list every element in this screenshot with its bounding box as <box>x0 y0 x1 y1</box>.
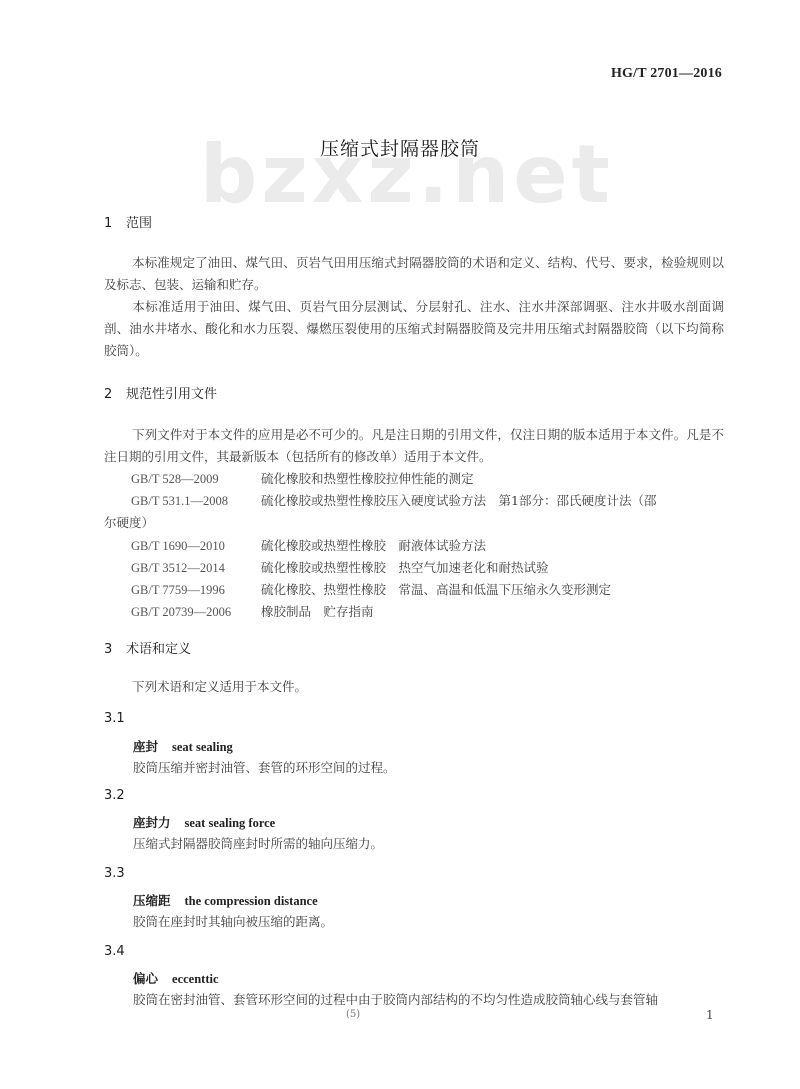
reference-title: 硫化橡胶或热塑性橡胶 热空气加速老化和耐热试验 <box>261 560 549 575</box>
term-name: 座封力seat sealing force <box>133 813 275 831</box>
reference-title: 硫化橡胶或热塑性橡胶压入硬度试验方法 第1部分：邵氏硬度计法（邵 <box>261 493 656 508</box>
reference-code: GB/T 7759—1996 <box>131 583 261 598</box>
scope-paragraph-2: 本标准适用于油田、煤气田、页岩气田分层测试、分层射孔、注水、注水井深部调驱、注水… <box>104 296 724 362</box>
reference-item: GB/T 20739—2006橡胶制品 贮存指南 <box>131 602 374 620</box>
section-number: 1 <box>104 216 126 231</box>
reference-item: GB/T 1690—2010硫化橡胶或热塑性橡胶 耐液体试验方法 <box>131 536 486 554</box>
term-zh: 座封力 <box>133 815 171 830</box>
term-en: seat sealing force <box>185 816 276 830</box>
term-number: 3.2 <box>104 788 125 803</box>
reference-title: 硫化橡胶和热塑性橡胶拉伸性能的测定 <box>261 471 474 486</box>
section-title: 范围 <box>126 216 152 231</box>
term-en: the compression distance <box>185 894 318 908</box>
section-number: 3 <box>104 642 126 657</box>
paragraph-text: 本标准规定了油田、煤气田、页岩气田用压缩式封隔器胶筒的术语和定义、结构、代号、要… <box>104 255 724 292</box>
reference-code: GB/T 20739—2006 <box>131 605 261 620</box>
term-definition: 压缩式封隔器胶筒座封时所需的轴向压缩力。 <box>133 834 383 852</box>
paragraph-text: 下列文件对于本文件的应用是必不可少的。凡是注日期的引用文件，仅注日期的版本适用于… <box>104 427 724 464</box>
reference-title: 硫化橡胶、热塑性橡胶 常温、高温和低温下压缩永久变形测定 <box>261 582 611 597</box>
term-definition: 胶筒压缩并密封油管、套管的环形空间的过程。 <box>133 758 396 776</box>
reference-title: 橡胶制品 贮存指南 <box>261 604 374 619</box>
term-definition: 胶筒在座封时其轴向被压缩的距离。 <box>133 912 333 930</box>
term-zh: 座封 <box>133 739 158 754</box>
section-number: 2 <box>104 387 126 402</box>
reference-title: 硫化橡胶或热塑性橡胶 耐液体试验方法 <box>261 538 486 553</box>
term-number: 3.4 <box>104 944 125 959</box>
reference-continuation: 尔硬度） <box>104 513 154 531</box>
page-number: 1 <box>706 1008 714 1022</box>
footer-sequence-mark: (5) <box>346 1009 360 1020</box>
term-en: eccenttic <box>172 972 219 986</box>
document-title: 压缩式封隔器胶筒 <box>0 134 800 161</box>
term-zh: 偏心 <box>133 971 158 986</box>
term-name: 座封seat sealing <box>133 737 233 755</box>
section-title: 术语和定义 <box>126 642 191 657</box>
section-heading-normative-references: 2规范性引用文件 <box>104 383 217 402</box>
reference-item: GB/T 531.1—2008硫化橡胶或热塑性橡胶压入硬度试验方法 第1部分：邵… <box>131 491 656 509</box>
term-name: 压缩距the compression distance <box>133 891 318 909</box>
terms-intro: 下列术语和定义适用于本文件。 <box>104 676 724 698</box>
section-heading-terms: 3术语和定义 <box>104 638 191 657</box>
reference-code: GB/T 528—2009 <box>131 472 261 487</box>
term-definition: 胶筒在密封油管、套管环形空间的过程中由于胶筒内部结构的不均匀性造成胶筒轴心线与套… <box>133 990 658 1008</box>
term-name: 偏心eccenttic <box>133 969 219 987</box>
paragraph-text: 本标准适用于油田、煤气田、页岩气田分层测试、分层射孔、注水、注水井深部调驱、注水… <box>104 299 724 358</box>
term-number: 3.1 <box>104 711 125 726</box>
term-number: 3.3 <box>104 866 125 881</box>
references-intro: 下列文件对于本文件的应用是必不可少的。凡是注日期的引用文件，仅注日期的版本适用于… <box>104 424 724 468</box>
reference-code: GB/T 531.1—2008 <box>131 494 261 509</box>
reference-code: GB/T 1690—2010 <box>131 539 261 554</box>
scope-paragraph-1: 本标准规定了油田、煤气田、页岩气田用压缩式封隔器胶筒的术语和定义、结构、代号、要… <box>104 252 724 296</box>
reference-item: GB/T 7759—1996硫化橡胶、热塑性橡胶 常温、高温和低温下压缩永久变形… <box>131 580 611 598</box>
section-heading-scope: 1范围 <box>104 212 152 231</box>
standard-code: HG/T 2701—2016 <box>611 66 722 82</box>
reference-item: GB/T 3512—2014硫化橡胶或热塑性橡胶 热空气加速老化和耐热试验 <box>131 558 549 576</box>
reference-code: GB/T 3512—2014 <box>131 561 261 576</box>
term-en: seat sealing <box>172 740 233 754</box>
reference-item: GB/T 528—2009硫化橡胶和热塑性橡胶拉伸性能的测定 <box>131 469 474 487</box>
section-title: 规范性引用文件 <box>126 387 217 402</box>
term-zh: 压缩距 <box>133 893 171 908</box>
paragraph-text: 下列术语和定义适用于本文件。 <box>132 679 307 694</box>
